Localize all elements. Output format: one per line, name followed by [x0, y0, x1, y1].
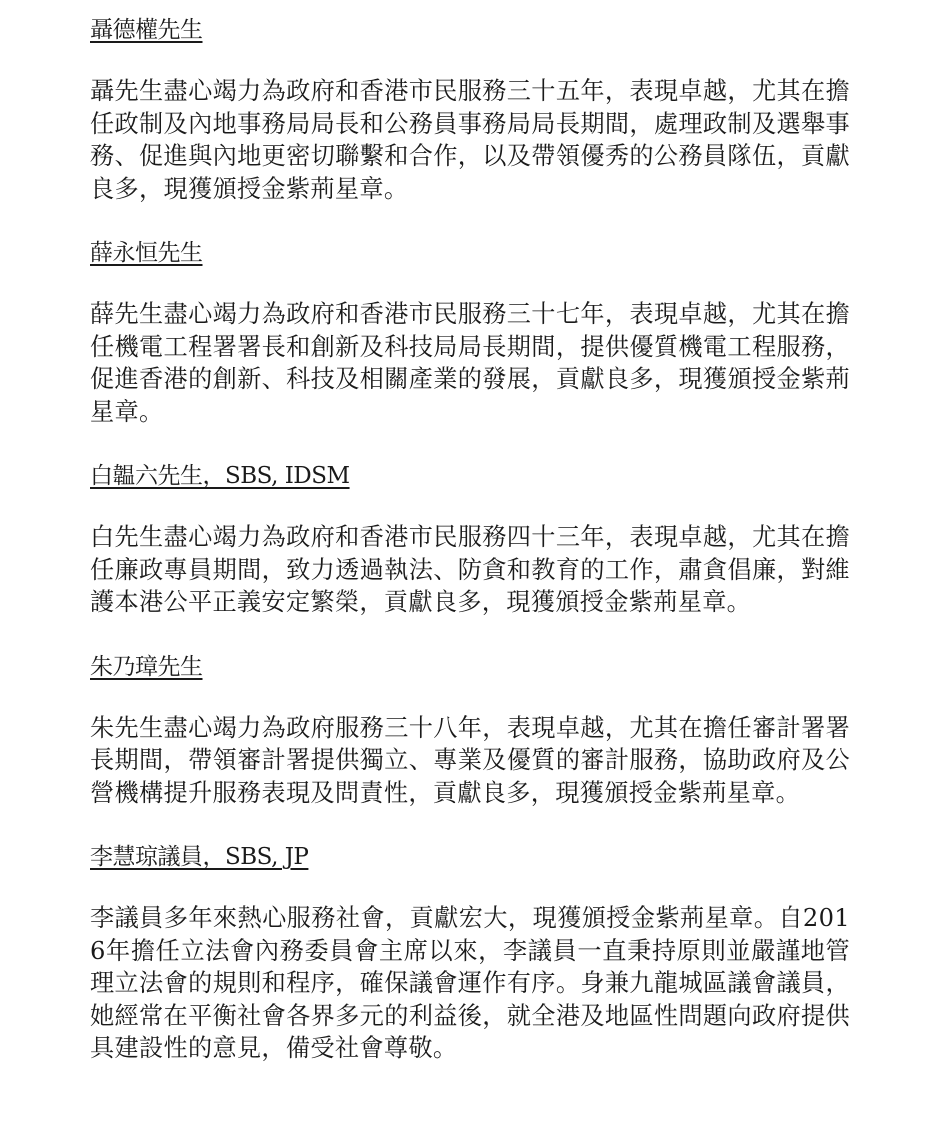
recipient-name: 朱乃璋先生: [90, 651, 203, 683]
recipient-citation: 白先生盡心竭力為政府和香港市民服務四十三年，表現卓越，尤其在擔任廉政專員期間，致…: [90, 521, 850, 619]
recipient-name: 薛永恒先生: [90, 237, 203, 269]
award-entry-sit-wing-hang: 薛永恒先生 薛先生盡心竭力為政府和香港市民服務三十七年，表現卓越，尤其在擔任機電…: [90, 237, 850, 428]
recipient-name: 白韞六先生，SBS, IDSM: [90, 460, 350, 492]
document-page: 聶德權先生 聶先生盡心竭力為政府和香港市民服務三十五年，表現卓越，尤其在擔任政制…: [90, 14, 850, 1097]
recipient-citation: 李議員多年來熱心服務社會，貢獻宏大，現獲頒授金紫荊星章。自2016年擔任立法會內…: [90, 902, 850, 1065]
award-entry-peh-yun-lu: 白韞六先生，SBS, IDSM 白先生盡心竭力為政府和香港市民服務四十三年，表現…: [90, 460, 850, 619]
recipient-citation: 薛先生盡心竭力為政府和香港市民服務三十七年，表現卓越，尤其在擔任機電工程署署長和…: [90, 298, 850, 428]
award-entry-chu-nai-cheong: 朱乃璋先生 朱先生盡心竭力為政府服務三十八年，表現卓越，尤其在擔任審計署署長期間…: [90, 651, 850, 810]
recipient-name: 聶德權先生: [90, 14, 203, 46]
award-entry-nip-tak-kuen: 聶德權先生 聶先生盡心竭力為政府和香港市民服務三十五年，表現卓越，尤其在擔任政制…: [90, 14, 850, 205]
recipient-citation: 朱先生盡心竭力為政府服務三十八年，表現卓越，尤其在擔任審計署署長期間，帶領審計署…: [90, 712, 850, 810]
recipient-citation: 聶先生盡心竭力為政府和香港市民服務三十五年，表現卓越，尤其在擔任政制及內地事務局…: [90, 75, 850, 205]
recipient-name: 李慧琼議員，SBS, JP: [90, 841, 308, 873]
award-entry-starry-lee: 李慧琼議員，SBS, JP 李議員多年來熱心服務社會，貢獻宏大，現獲頒授金紫荊星…: [90, 841, 850, 1065]
